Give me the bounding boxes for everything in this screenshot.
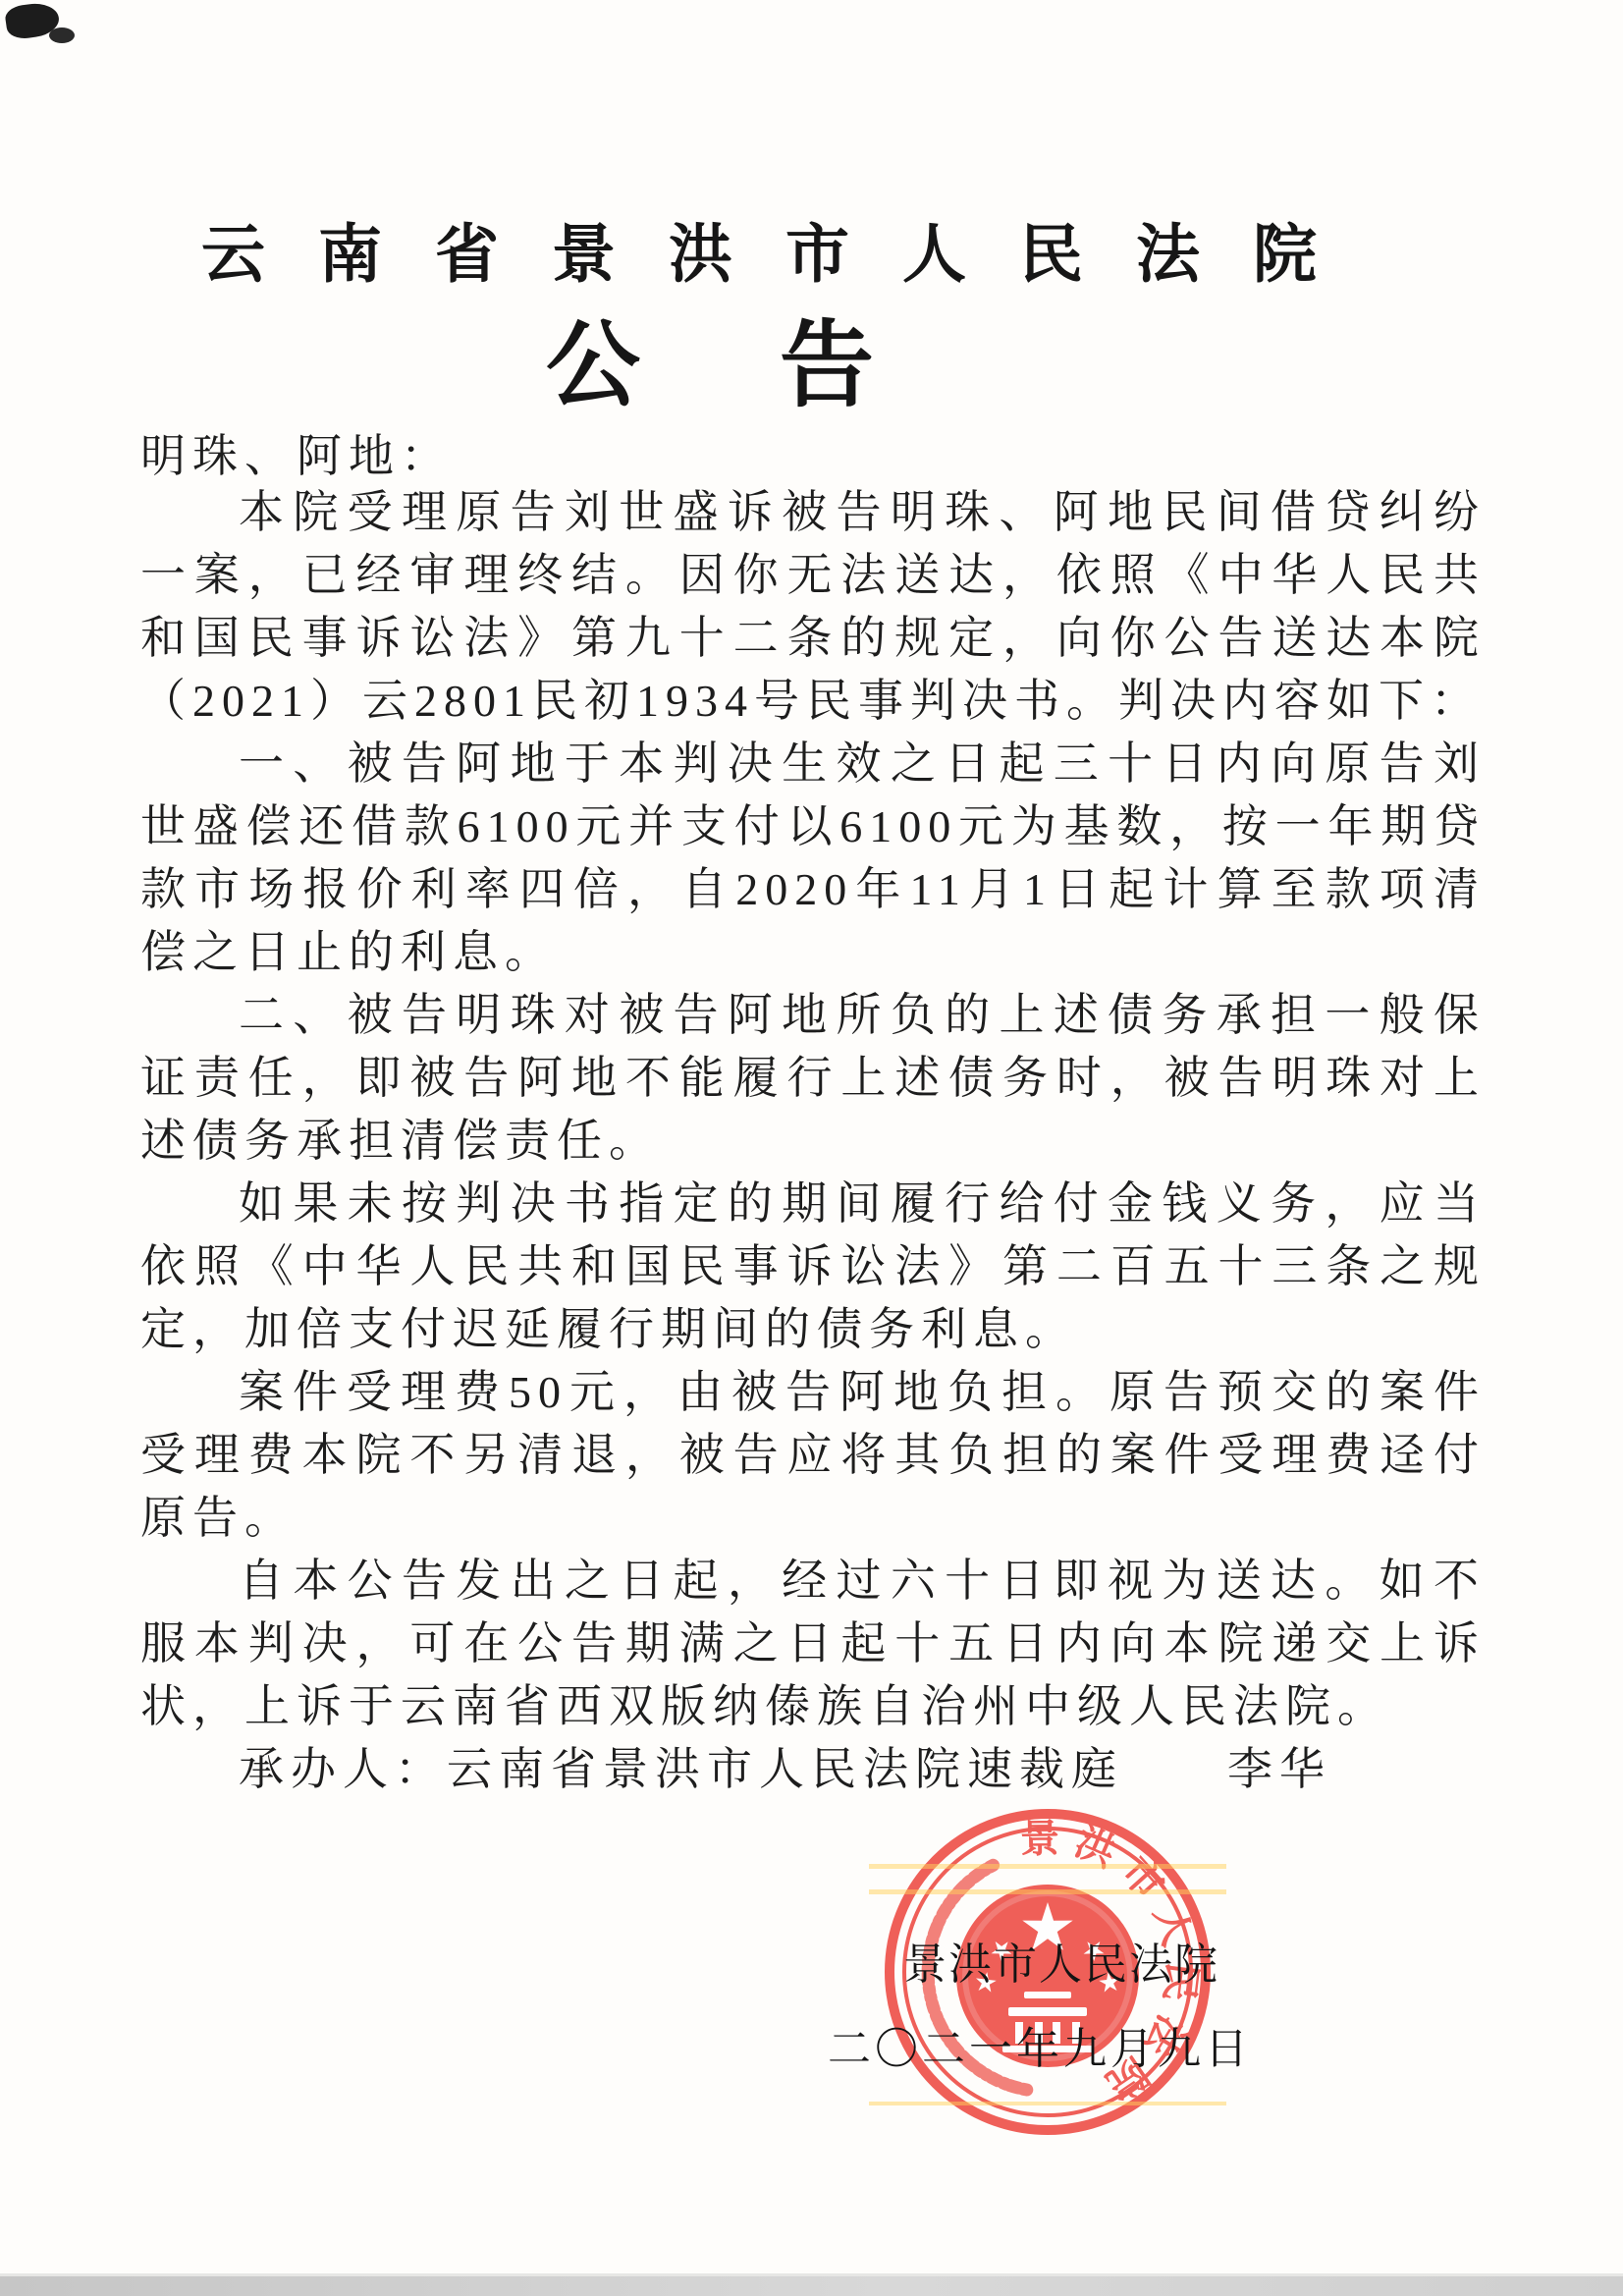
body-paragraph: 自本公告发出之日起，经过六十日即视为送达。如不服本判决，可在公告期满之日起十五日… [140, 1550, 1486, 1738]
body-paragraph: 案件受理费50元，由被告阿地负担。原告预交的案件受理费本院不另清退，被告应将其负… [140, 1361, 1486, 1550]
salutation: 明珠、阿地： [140, 420, 453, 485]
body-paragraph: 一、被告阿地于本判决生效之日起三十日内向原告刘世盛偿还借款6100元并支付以61… [140, 733, 1486, 984]
scan-smudge-artifact [49, 27, 75, 43]
body-paragraph: 本院受理原告刘世盛诉被告明珠、阿地民间借贷纠纷一案，已经审理终结。因你无法送达，… [140, 481, 1486, 733]
announcement-body: 本院受理原告刘世盛诉被告明珠、阿地民间借贷纠纷一案，已经审理终结。因你无法送达，… [140, 481, 1486, 1801]
body-paragraph: 二、被告明珠对被告阿地所负的上述债务承担一般保证责任，即被告阿地不能履行上述债务… [140, 984, 1486, 1173]
scan-bottom-bar-artifact [0, 2276, 1623, 2296]
announcement-page: 云南省景洪市人民法院 公告 明珠、阿地： 本院受理原告刘世盛诉被告明珠、阿地民间… [0, 0, 1623, 2296]
body-paragraph: 如果未按判决书指定的期间履行给付金钱义务，应当依照《中华人民共和国民事诉讼法》第… [140, 1173, 1486, 1361]
signature-date: 二〇二一年九月九日 [828, 2013, 1252, 2076]
court-name: 云南省景洪市人民法院 [201, 202, 1370, 295]
document-title: 公告 [546, 291, 1013, 425]
body-paragraph: 承办人：云南省景洪市人民法院速裁庭 李华 [140, 1738, 1486, 1801]
signature-court-name: 景洪市人民法院 [903, 1929, 1219, 1992]
